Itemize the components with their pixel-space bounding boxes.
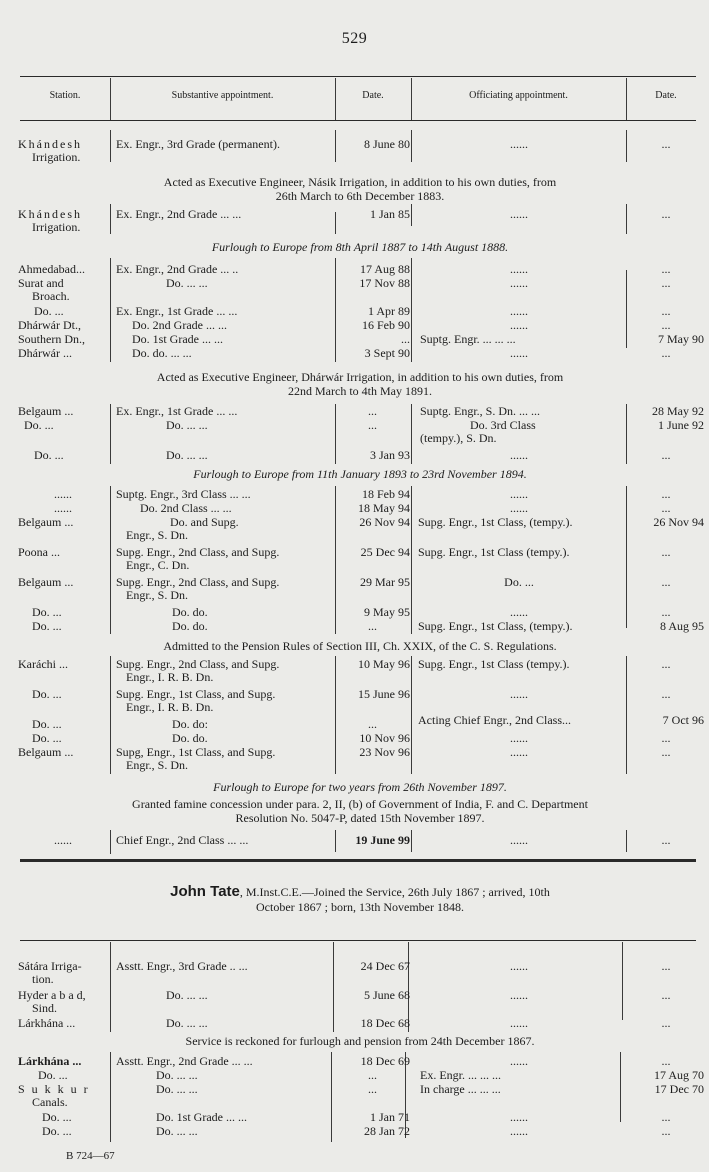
station-cont: Broach. <box>18 289 70 303</box>
officiating: Supg. Engr., 1st Class (tempy.). <box>414 546 628 559</box>
officiating: Suptg. Engr., S. Dn. ... ... <box>414 405 630 418</box>
substantive: Asstt. Engr., 2nd Grade ... ... <box>116 1055 334 1068</box>
column-divider <box>411 656 412 774</box>
station: Do. ... <box>18 1111 132 1124</box>
station: Poona ... <box>18 546 108 559</box>
date: 10 Nov 96 <box>335 732 410 745</box>
substantive: Supg, Engr., 1st Class, and Supg. <box>116 745 275 759</box>
column-divider <box>110 204 111 234</box>
date: 16 Feb 90 <box>335 319 410 332</box>
furlough-note: Furlough to Europe from 11th January 189… <box>60 467 660 481</box>
date: 1 Jan 85 <box>335 208 410 221</box>
pension-note: Admitted to the Pension Rules of Section… <box>60 639 660 653</box>
header-station: Station. <box>20 90 110 101</box>
date: 17 Aug 88 <box>335 263 410 276</box>
printer-mark: B 724—67 <box>66 1150 115 1162</box>
date2: ... <box>628 1055 704 1068</box>
substantive: Do. and Supg. <box>116 515 239 529</box>
column-divider <box>411 258 412 336</box>
page-number: 529 <box>0 30 709 48</box>
officiating: Supg. Engr., 1st Class, (tempy.). <box>414 516 628 529</box>
column-divider <box>335 78 336 120</box>
officiating: ...... <box>414 277 624 290</box>
station: Surat and <box>18 276 64 290</box>
date: 3 Sept 90 <box>335 347 410 360</box>
station: ...... <box>18 502 108 515</box>
officiating: Do. 3rd Class <box>420 418 536 432</box>
officiating: ...... <box>414 606 624 619</box>
station: ...... <box>18 488 108 501</box>
station: Do. ... <box>18 688 122 701</box>
substantive: Supg. Engr., 1st Class, and Supg. <box>116 687 275 701</box>
column-divider <box>626 270 627 336</box>
date2: ... <box>628 732 704 745</box>
officiating: Suptg. Engr. ... ... ... <box>414 333 630 346</box>
date2: 28 May 92 <box>628 405 704 418</box>
date2: 7 Oct 96 <box>628 714 704 727</box>
note-line: Acted as Executive Engineer, Násik Irrig… <box>164 175 556 189</box>
column-divider <box>110 830 111 854</box>
date2: ... <box>628 488 704 501</box>
section-divider <box>20 859 696 862</box>
officiating: ...... <box>414 1055 624 1068</box>
station-cont: Sind. <box>18 1001 57 1015</box>
station: Lárkhána ... <box>18 1017 108 1030</box>
officiating: Do. ... <box>414 576 624 589</box>
date: 24 Dec 67 <box>335 960 410 973</box>
date2: ... <box>628 606 704 619</box>
date2: 7 May 90 <box>628 333 704 346</box>
note-line: Acted as Executive Engineer, Dhárwár Irr… <box>157 370 563 384</box>
table-top-rule <box>20 940 696 941</box>
date: 26 Nov 94 <box>335 516 410 529</box>
substantive: Ex. Engr., 1st Grade ... ... <box>116 405 334 418</box>
date2: ... <box>628 347 704 360</box>
officiating: ...... <box>414 746 624 759</box>
station: Do. ... <box>18 620 122 633</box>
substantive-cont: Engr., C. Dn. <box>116 558 189 572</box>
officiating: ...... <box>414 502 624 515</box>
column-divider <box>411 614 412 634</box>
date2: ... <box>628 960 704 973</box>
station: Lárkhána ... <box>18 1055 108 1068</box>
substantive: Suptg. Engr., 3rd Class ... ... <box>116 488 334 501</box>
officiating: ...... <box>414 732 624 745</box>
date: 9 May 95 <box>335 606 410 619</box>
date: 3 Jan 93 <box>335 449 410 462</box>
date2: ... <box>628 277 704 290</box>
date2: 26 Nov 94 <box>628 516 704 529</box>
note-line: 26th March to 6th December 1883. <box>276 189 445 203</box>
date2: ... <box>628 1125 704 1138</box>
note-line: 22nd March to 4th May 1891. <box>288 384 432 398</box>
column-divider <box>411 830 412 852</box>
station-cont: Canals. <box>18 1095 68 1109</box>
station: Do. ... <box>18 732 122 745</box>
date: 15 June 96 <box>335 688 410 701</box>
officiating-cont: (tempy.), S. Dn. <box>420 431 497 445</box>
substantive: Ex. Engr., 1st Grade ... ... <box>116 305 334 318</box>
station: S u k k u r <box>18 1082 90 1096</box>
officiating: ...... <box>414 960 624 973</box>
service-note: Acted as Executive Engineer, Dhárwár Irr… <box>60 370 660 398</box>
date: 18 May 94 <box>335 502 410 515</box>
service-note: Service is reckoned for furlough and pen… <box>60 1034 660 1048</box>
officiating: ...... <box>414 688 624 701</box>
date: ... <box>335 405 410 418</box>
officiating: ...... <box>414 208 624 221</box>
header-bottom-rule <box>20 120 696 121</box>
officiating: ...... <box>414 138 624 151</box>
header-officiating: Officiating appointment. <box>411 90 626 101</box>
date: 8 June 80 <box>335 138 410 151</box>
officiating: ...... <box>414 989 624 1002</box>
header-date: Date. <box>335 90 411 101</box>
header-substantive: Substantive appointment. <box>110 90 335 101</box>
column-divider <box>411 486 412 614</box>
date2: ... <box>628 989 704 1002</box>
station: Khándesh <box>18 137 82 151</box>
station: Do. ... <box>18 1069 128 1082</box>
note-line: Resolution No. 5047-P, dated 15th Novemb… <box>236 811 485 825</box>
date: 29 Mar 95 <box>335 576 410 589</box>
column-divider <box>411 78 412 120</box>
station: Hyder a b a d, <box>18 988 86 1002</box>
station: Khándesh <box>18 207 82 221</box>
column-divider <box>110 336 111 362</box>
column-divider <box>335 336 336 362</box>
date2: ... <box>628 576 704 589</box>
date2: ... <box>628 1111 704 1124</box>
station: Southern Dn., <box>18 333 108 346</box>
officer-name: John Tate <box>170 883 240 900</box>
column-divider <box>335 130 336 162</box>
substantive-cont: Engr., I. R. B. Dn. <box>116 670 213 684</box>
substantive: Chief Engr., 2nd Class ... ... <box>116 834 334 847</box>
furlough-note: Furlough to Europe from 8th April 1887 t… <box>60 240 660 254</box>
column-divider <box>626 830 627 852</box>
station: Belgaum ... <box>18 516 108 529</box>
officiating: ...... <box>414 1125 624 1138</box>
officiating: Ex. Engr. ... ... ... <box>414 1069 630 1082</box>
bio-line: , M.Inst.C.E.—Joined the Service, 26th J… <box>240 885 550 899</box>
date2: ... <box>628 688 704 701</box>
column-divider <box>626 204 627 234</box>
date: 18 Dec 68 <box>335 1017 410 1030</box>
column-divider <box>110 656 111 774</box>
station: Karáchi ... <box>18 658 108 671</box>
station: ...... <box>18 834 108 847</box>
column-divider <box>626 78 627 120</box>
officer-biography: John Tate, M.Inst.C.E.—Joined the Servic… <box>60 884 660 915</box>
date2: ... <box>628 263 704 276</box>
date2: ... <box>628 546 704 559</box>
officiating: Supg. Engr., 1st Class (tempy.). <box>414 658 628 671</box>
officiating: ...... <box>414 488 624 501</box>
date: ... <box>335 333 410 346</box>
column-divider <box>110 614 111 634</box>
station: Do. ... <box>18 1125 132 1138</box>
officiating: Supg. Engr., 1st Class, (tempy.). <box>414 620 628 633</box>
column-divider <box>110 942 111 1032</box>
date: 17 Nov 88 <box>335 277 410 290</box>
date: ... <box>335 1069 410 1082</box>
column-divider <box>110 130 111 162</box>
date2: ... <box>628 502 704 515</box>
station: Do. ... <box>18 449 124 462</box>
date2: ... <box>628 449 704 462</box>
date: 18 Feb 94 <box>335 488 410 501</box>
service-note: Acted as Executive Engineer, Násik Irrig… <box>60 175 660 203</box>
note-line: Granted famine concession under para. 2,… <box>132 797 588 811</box>
date: ... <box>335 620 410 633</box>
column-divider <box>622 942 623 1020</box>
station-cont: tion. <box>18 972 54 986</box>
officiating: In charge ... ... ... <box>414 1083 630 1096</box>
station: Do. ... <box>18 718 122 731</box>
column-divider <box>626 130 627 162</box>
date: 23 Nov 96 <box>335 746 410 759</box>
column-divider <box>110 486 111 614</box>
date: ... <box>335 718 410 731</box>
officiating: Acting Chief Engr., 2nd Class... <box>414 714 628 727</box>
date: ... <box>335 1083 410 1096</box>
famine-note: Granted famine concession under para. 2,… <box>60 797 660 825</box>
date: 5 June 68 <box>335 989 410 1002</box>
date2: 8 Aug 95 <box>628 620 704 633</box>
substantive-cont: Engr., S. Dn. <box>116 758 188 772</box>
bio-line: October 1867 ; born, 13th November 1848. <box>256 900 464 914</box>
station: Belgaum ... <box>18 405 108 418</box>
column-divider <box>411 336 412 362</box>
substantive: Do. 2nd Grade ... ... <box>116 319 350 332</box>
column-divider <box>626 614 627 628</box>
station: Do. ... <box>18 305 124 318</box>
column-divider <box>411 404 412 464</box>
officiating: ...... <box>414 1017 624 1030</box>
station: Dhárwár ... <box>18 347 108 360</box>
date: 25 Dec 94 <box>335 546 410 559</box>
date2: ... <box>628 746 704 759</box>
station-cont: Irrigation. <box>18 150 80 164</box>
station-cont: Irrigation. <box>18 220 80 234</box>
column-divider <box>626 336 627 348</box>
column-divider <box>335 614 336 634</box>
substantive: Supg. Engr., 2nd Class, and Supg. <box>116 657 279 671</box>
date: 19 June 99 <box>335 834 410 847</box>
substantive: Do. 2nd Class ... ... <box>116 502 358 515</box>
officiating: ...... <box>414 263 624 276</box>
date: 10 May 96 <box>335 658 410 671</box>
station: Ahmedabad... <box>18 263 108 276</box>
substantive-cont: Engr., I. R. B. Dn. <box>116 700 213 714</box>
substantive-cont: Engr., S. Dn. <box>116 588 188 602</box>
date2: 1 June 92 <box>628 419 704 432</box>
substantive-cont: Engr., S. Dn. <box>116 528 188 542</box>
date2: ... <box>628 208 704 221</box>
column-divider <box>335 212 336 234</box>
date2: 17 Dec 70 <box>628 1083 704 1096</box>
date: 1 Apr 89 <box>335 305 410 318</box>
substantive: Do. 1st Grade ... ... <box>116 333 350 346</box>
column-divider <box>110 258 111 336</box>
date: 18 Dec 69 <box>335 1055 410 1068</box>
header-top-rule <box>20 76 696 77</box>
date: 28 Jan 72 <box>335 1125 410 1138</box>
date2: ... <box>628 305 704 318</box>
substantive: Asstt. Engr., 3rd Grade .. ... <box>116 960 334 973</box>
date2: ... <box>628 319 704 332</box>
date2: 17 Aug 70 <box>628 1069 704 1082</box>
date2: ... <box>628 658 704 671</box>
station: Do. ... <box>18 606 122 619</box>
substantive: Ex. Engr., 2nd Grade ... .. <box>116 263 334 276</box>
substantive: Ex. Engr., 2nd Grade ... ... <box>116 208 334 221</box>
officiating: ...... <box>414 449 624 462</box>
date2: ... <box>628 138 704 151</box>
date: 1 Jan 71 <box>335 1111 410 1124</box>
date2: ... <box>628 834 704 847</box>
substantive: Supg. Engr., 2nd Class, and Supg. <box>116 545 279 559</box>
officiating: ...... <box>414 1111 624 1124</box>
header-date2: Date. <box>626 90 706 101</box>
furlough-note: Furlough to Europe for two years from 26… <box>60 780 660 794</box>
station: Belgaum ... <box>18 746 108 759</box>
column-divider <box>411 130 412 162</box>
date: ... <box>335 419 410 432</box>
station: Do. ... <box>18 419 114 432</box>
substantive: Do. do. ... ... <box>116 347 350 360</box>
substantive: Ex. Engr., 3rd Grade (permanent). <box>116 138 334 151</box>
column-divider <box>110 78 111 120</box>
station: Belgaum ... <box>18 576 108 589</box>
substantive: Supg. Engr., 2nd Class, and Supg. <box>116 575 279 589</box>
officiating: ...... <box>414 319 624 332</box>
station: Sátára Irriga- <box>18 959 82 973</box>
station: Dhárwár Dt., <box>18 319 108 332</box>
officiating: ...... <box>414 347 624 360</box>
officiating: ...... <box>414 305 624 318</box>
column-divider <box>411 204 412 226</box>
date2: ... <box>628 1017 704 1030</box>
officiating: ...... <box>414 834 624 847</box>
